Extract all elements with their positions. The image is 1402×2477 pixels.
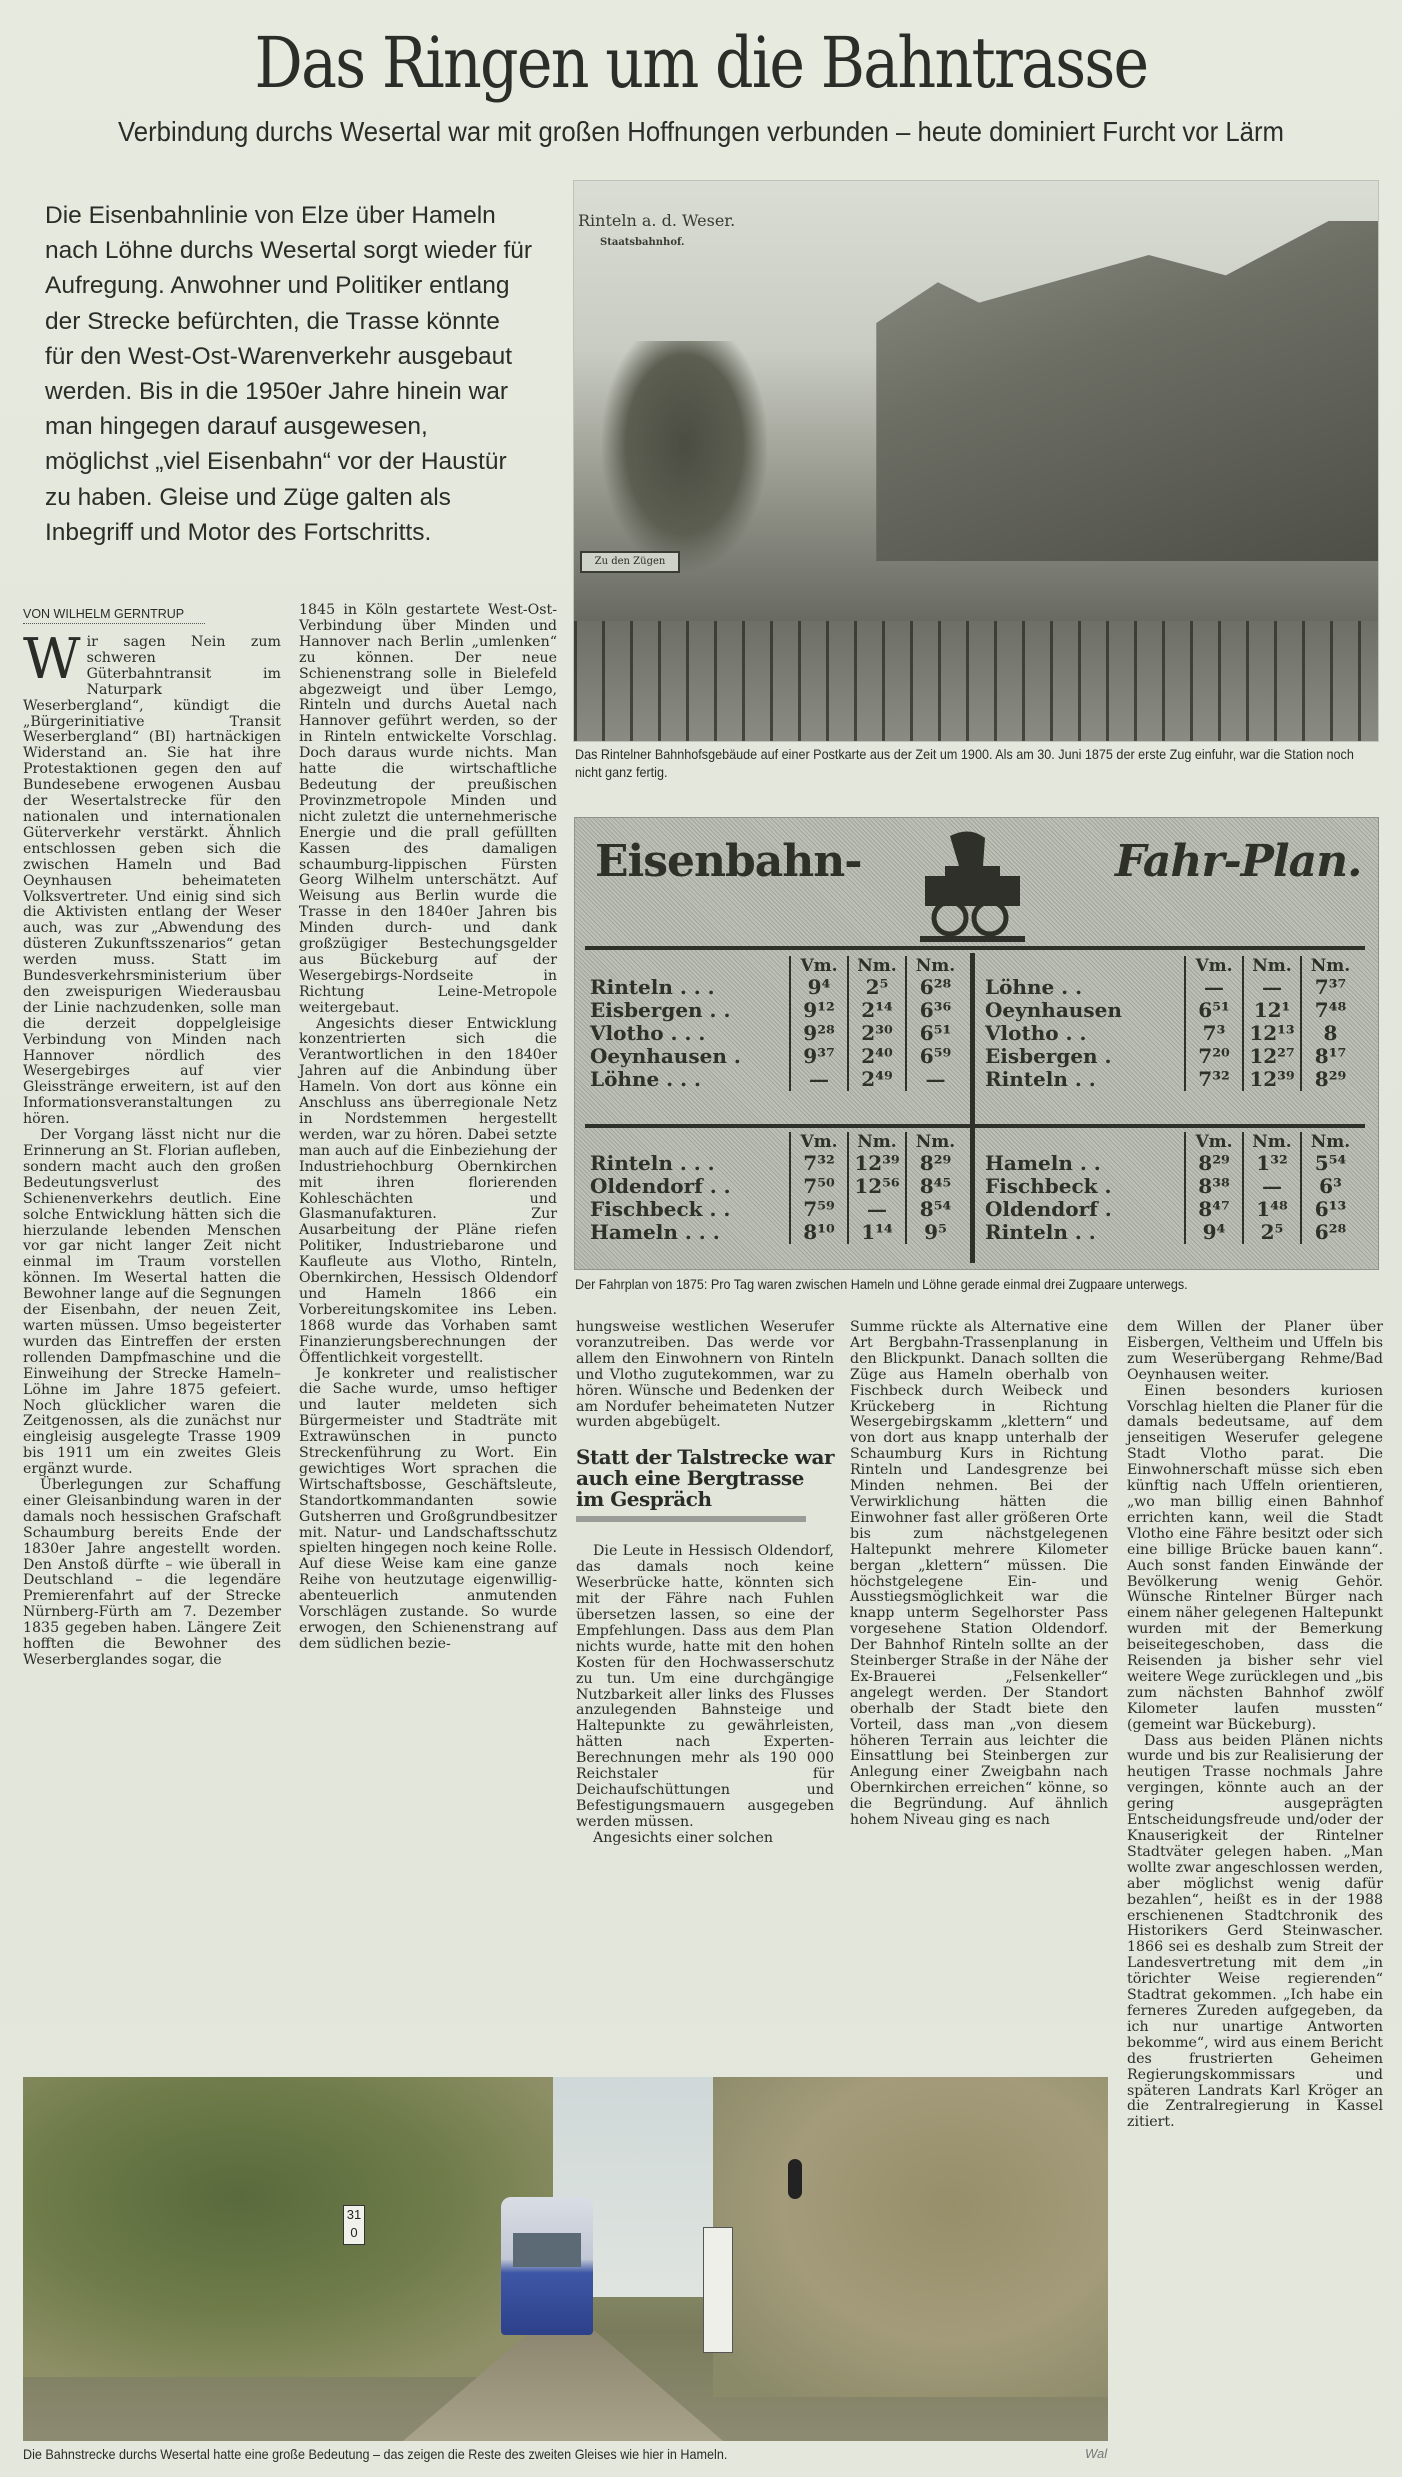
timetable-row: Rinteln . .7³²12³⁹8²⁹	[980, 1068, 1359, 1091]
timetable-row: Eisbergen . .9¹²2¹⁴6³⁶	[585, 999, 964, 1022]
subtitle-rule	[576, 1516, 806, 1522]
paragraph: Wir sagen Nein zum schweren Güterbahntra…	[23, 635, 281, 1128]
timetable-title-right: Fahr-Plan.	[1115, 836, 1361, 887]
timetable-row: Oldendorf .8⁴⁷1⁴⁸6¹³	[980, 1198, 1359, 1221]
rail-signal	[788, 2159, 802, 2199]
platform-sign: Zu den Zügen	[580, 551, 680, 573]
timetable-rule	[585, 946, 1365, 950]
paragraph: hungsweise westlichen Weserufer voranzut…	[576, 1320, 834, 1431]
timetable-row: Rinteln . . .7³²12³⁹8²⁹	[585, 1152, 964, 1175]
tree	[602, 341, 767, 571]
distance-post	[703, 2227, 733, 2353]
timetable-image: Eisenbahn- Fahr-Plan. Vm.Nm.Nm. Rinteln …	[574, 817, 1379, 1270]
paragraph: Angesichts dieser Entwicklung konzentrie…	[299, 1017, 557, 1367]
postcard-sublabel: Staatsbahnhof.	[600, 237, 684, 248]
timetable-row: Oeynhausen .9³⁷2⁴⁰6⁵⁹	[585, 1045, 964, 1068]
track-photo-caption: Die Bahnstrecke durchs Wesertal hatte ei…	[23, 2445, 1058, 2463]
timetable-row: Eisbergen .7²⁰12²⁷8¹⁷	[980, 1045, 1359, 1068]
timetable-row: Hameln . .8²⁹1³²5⁵⁴	[980, 1152, 1359, 1175]
timetable-row: Fischbeck .8³⁸—6³	[980, 1175, 1359, 1198]
timetable-row: Rinteln . . .9⁴2⁵6²⁸	[585, 976, 964, 999]
column-2: 1845 in Köln gestartete West-Ost-Verbind…	[299, 603, 557, 1653]
postcard-caption: Das Rintelner Bahnhofsgebäude auf einer …	[575, 745, 1376, 781]
timetable-row: Hameln . . .8¹⁰1¹⁴9⁵	[585, 1221, 964, 1244]
fence	[574, 621, 1378, 741]
paragraph: Je konkreter und realistischer die Sache…	[299, 1367, 557, 1653]
column-1: Wir sagen Nein zum schweren Güterbahntra…	[23, 635, 281, 1669]
timetable-block: Vm.Nm.Nm. Rinteln . . .9⁴2⁵6²⁸ Eisbergen…	[585, 956, 964, 1091]
timetable-row: Vlotho . .7³12¹³8	[980, 1022, 1359, 1045]
paragraph: Angesichts einer solchen	[576, 1831, 834, 1847]
paragraph: Dass aus beiden Plänen nichts wurde und …	[1127, 1734, 1383, 2132]
column-5: dem Willen der Planer über Eisbergen, Ve…	[1127, 1320, 1383, 2131]
newspaper-page: Das Ringen um die Bahntrasse Verbindung …	[0, 0, 1402, 2477]
timetable-row: Oeynhausen6⁵¹12¹7⁴⁸	[980, 999, 1359, 1022]
paragraph: Die Leute in Hessisch Oldendorf, das dam…	[576, 1544, 834, 1830]
photo-credit: Wal	[1085, 2446, 1107, 2461]
timetable-divider	[970, 953, 975, 1263]
headline: Das Ringen um die Bahntrasse	[98, 22, 1304, 104]
paragraph: Überlegungen zur Schaffung einer Gleisan…	[23, 1478, 281, 1669]
timetable-block: Vm.Nm.Nm. Rinteln . . .7³²12³⁹8²⁹ Oldend…	[585, 1132, 964, 1244]
paragraph: Einen besonders kuriosen Vorschlag hielt…	[1127, 1384, 1383, 1734]
timetable-block: Vm.Nm.Nm. Löhne . .——7³⁷ Oeynhausen6⁵¹12…	[980, 956, 1359, 1091]
postcard-label: Rinteln a. d. Weser.	[578, 211, 735, 230]
station-building	[866, 221, 1379, 561]
paragraph: Der Vorgang lässt nicht nur die Erinneru…	[23, 1128, 281, 1478]
lead-paragraph: Die Eisenbahnlinie von Elze über Hameln …	[45, 198, 535, 550]
km-sign: 31 0	[343, 2205, 365, 2245]
dropcap: W	[23, 637, 81, 683]
timetable-title-left: Eisenbahn-	[595, 836, 862, 887]
timetable-row: Löhne . . .—2⁴⁹—	[585, 1068, 964, 1091]
paragraph: Summe rückte als Alternative eine Art Be…	[850, 1320, 1108, 1829]
byline: VON WILHELM GERNTRUP	[23, 607, 205, 624]
locomotive-icon	[915, 826, 1030, 946]
timetable-row: Vlotho . . .9²⁸2³⁰6⁵¹	[585, 1022, 964, 1045]
train	[501, 2197, 593, 2335]
trees-right	[713, 2077, 1108, 2397]
column-3: hungsweise westlichen Weserufer voranzut…	[576, 1320, 834, 1847]
timetable-caption: Der Fahrplan von 1875: Pro Tag waren zwi…	[575, 1275, 1402, 1293]
paragraph: 1845 in Köln gestartete West-Ost-Verbind…	[299, 603, 557, 1017]
timetable-row: Rinteln . .9⁴2⁵6²⁸	[980, 1221, 1359, 1244]
timetable-row: Löhne . .——7³⁷	[980, 976, 1359, 999]
timetable-row: Oldendorf . .7⁵⁰12⁵⁶8⁴⁵	[585, 1175, 964, 1198]
postcard-photo: Zu den Zügen Rinteln a. d. Weser. Staats…	[573, 180, 1379, 742]
track-photo: 31 0	[23, 2077, 1108, 2441]
paragraph: dem Willen der Planer über Eisbergen, Ve…	[1127, 1320, 1383, 1384]
timetable-block: Vm.Nm.Nm. Hameln . .8²⁹1³²5⁵⁴ Fischbeck …	[980, 1132, 1359, 1244]
train-window	[513, 2233, 581, 2267]
subheadline: Verbindung durchs Wesertal war mit große…	[56, 116, 1346, 148]
column-4: Summe rückte als Alternative eine Art Be…	[850, 1320, 1108, 1829]
timetable-row: Fischbeck . .7⁵⁹—8⁵⁴	[585, 1198, 964, 1221]
section-subtitle: Statt der Talstrecke war auch eine Bergt…	[576, 1447, 834, 1510]
timetable-rule	[585, 1124, 1365, 1128]
trees-left	[23, 2077, 563, 2377]
